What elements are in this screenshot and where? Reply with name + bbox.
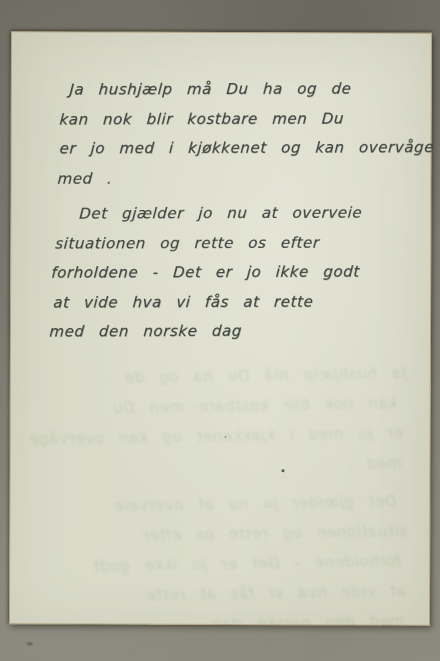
handwritten-line: situationen og rette os efter	[39, 516, 407, 552]
ghost-paragraph: Det gjælder jo nu at overveiesituationen…	[38, 486, 411, 642]
letter-paragraph: Det gjælder jo nu at overveiesituationen…	[44, 198, 404, 347]
bleed-through-ghost-text: Ja hushjælp må Du ha og dekan nok blir k…	[36, 358, 411, 642]
handwritten-line: med .	[57, 163, 407, 194]
letter-paragraph: Ja hushjælp må Du ha og dekan nok blir k…	[55, 74, 413, 193]
handwritten-line: kan nok blir kostbare men Du	[37, 388, 397, 424]
handwritten-line: Ja hushjælp må Du ha og de	[36, 358, 406, 394]
handwritten-line: med den norske dag	[40, 606, 404, 642]
handwritten-line: Ja hushjælp må Du ha og de	[68, 74, 412, 105]
handwritten-line: kan nok blir kostbare men Du	[59, 104, 411, 135]
handwritten-line: forholdene - Det er jo ikke godt	[50, 257, 400, 288]
ghost-paragraph: Ja hushjælp må Du ha og dekan nok blir k…	[36, 358, 408, 484]
handwritten-line: med .	[38, 448, 402, 484]
handwritten-line: situationen og rette os efter	[54, 228, 402, 259]
ink-dot-speck	[281, 469, 284, 472]
photographed-letter: Ja hushjælp må Du ha og dekan nok blir k…	[0, 0, 440, 661]
handwritten-line: at vide hva vi fås at rette	[52, 287, 398, 318]
handwritten-line: forholdene - Det er jo ikke godt	[39, 546, 401, 582]
paper-speck	[371, 645, 374, 647]
edge-blemish	[27, 642, 33, 645]
handwritten-text: Ja hushjælp må Du ha og dekan nok blir k…	[44, 74, 412, 347]
handwritten-line: er jo med i kjøkkenet og kan overvåge	[59, 133, 409, 164]
letter-paper-sheet: Ja hushjælp må Du ha og dekan nok blir k…	[9, 31, 432, 625]
handwritten-line: er jo med i kjøkkenet og kan overvåge	[37, 418, 403, 454]
paper-speck	[225, 436, 227, 438]
handwritten-line: med den norske dag	[48, 316, 396, 347]
handwritten-line: Det gjælder jo nu at overveie	[78, 198, 404, 229]
handwritten-line: at vide hva vi fås at rette	[40, 576, 406, 612]
handwritten-line: Det gjælder jo nu at overveie	[38, 486, 396, 522]
